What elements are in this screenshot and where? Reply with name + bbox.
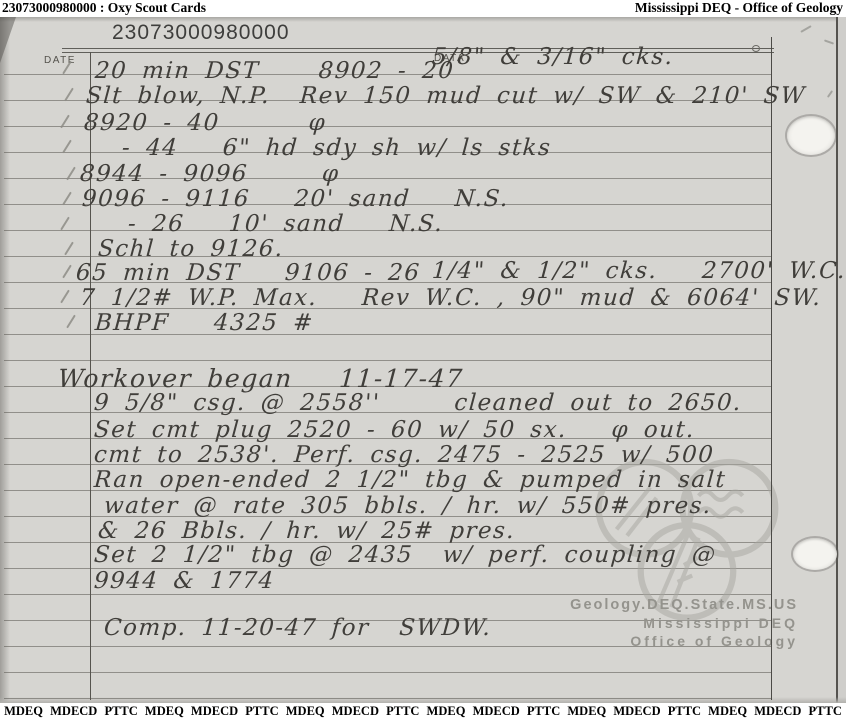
handwritten-entry: Slt blow, N.P. Rev 150 mud cut w/ SW & 2… bbox=[85, 83, 807, 109]
watermark-url: Geology.DEQ.State.MS.US bbox=[570, 597, 798, 613]
header-rule-ring bbox=[752, 45, 760, 52]
watermark-agency: Mississippi DEQ bbox=[570, 615, 798, 631]
handwritten-entry: 9944 & 1774 bbox=[93, 568, 275, 594]
well-number: 23073000980000 bbox=[112, 21, 290, 45]
handwritten-entry: Ran open-ended 2 1/2" tbg & pumped in sa… bbox=[93, 467, 727, 493]
document-title: 23073000980000 : Oxy Scout Cards bbox=[2, 0, 206, 16]
agency-title: Mississippi DEQ - Office of Geology bbox=[635, 0, 843, 16]
scout-card-scan: Geology.DEQ.State.MS.US Mississippi DEQ … bbox=[0, 17, 846, 703]
handwritten-entry: 20 min DST 8902 - 20 bbox=[94, 58, 455, 84]
handwritten-entry: 7 1/2# W.P. Max. Rev W.C. , 90" mud & 60… bbox=[79, 285, 822, 311]
handwritten-entry: Set 2 1/2" tbg @ 2435 w/ perf. coupling … bbox=[93, 542, 717, 568]
title-bar: 23073000980000 : Oxy Scout Cards Mississ… bbox=[0, 0, 846, 17]
scan-margin-right bbox=[838, 17, 846, 703]
watermark-text: Geology.DEQ.State.MS.US Mississippi DEQ … bbox=[570, 597, 798, 649]
handwritten-entry: 9 5/8" csg. @ 2558'' cleaned out to 2650… bbox=[93, 390, 743, 416]
handwritten-entry: Schl to 9126. bbox=[97, 236, 285, 262]
hole-punch bbox=[793, 538, 837, 570]
handwritten-entry: Workover began 11-17-47 bbox=[57, 364, 465, 393]
right-margin-rule bbox=[771, 37, 772, 700]
scanned-document-viewer: 23073000980000 : Oxy Scout Cards Mississ… bbox=[0, 0, 846, 723]
scan-artifact bbox=[824, 39, 834, 44]
handwritten-entry: 65 min DST 9106 - 26 bbox=[75, 260, 421, 286]
handwritten-entry: Set cmt plug 2520 - 60 w/ 50 sx. φ out. bbox=[93, 417, 696, 443]
footer-banner: MDEQ MDECD PTTC MDEQ MDECD PTTC MDEQ MDE… bbox=[0, 704, 846, 719]
handwritten-entry: BHPF 4325 # bbox=[94, 310, 315, 336]
handwritten-entry: 5/8" & 3/16" cks. bbox=[431, 44, 674, 70]
handwritten-entry: 1/4" & 1/2" cks. 2700' W.C. bbox=[431, 258, 846, 284]
handwritten-entry: 9096 - 9116 20' sand N.S. bbox=[81, 186, 510, 212]
footer-bar: MDEQ MDECD PTTC MDEQ MDECD PTTC MDEQ MDE… bbox=[0, 703, 846, 723]
hole-punch bbox=[787, 116, 835, 155]
handwritten-entry: - 44 6" hd sdy sh w/ ls stks bbox=[121, 135, 552, 161]
watermark-office: Office of Geology bbox=[570, 633, 798, 649]
handwritten-entry: water @ rate 305 bbls. / hr. w/ 550# pre… bbox=[103, 493, 713, 519]
handwritten-entry: & 26 Bbls. / hr. w/ 25# pres. bbox=[97, 518, 516, 544]
handwritten-entry: 8944 - 9096 φ bbox=[79, 161, 340, 187]
scan-artifact bbox=[827, 90, 833, 98]
scan-artifact bbox=[800, 25, 811, 33]
handwritten-entry: Comp. 11-20-47 for SWDW. bbox=[103, 615, 492, 641]
handwritten-entry: - 26 10' sand N.S. bbox=[127, 211, 444, 237]
handwritten-entry: 8920 - 40 φ bbox=[83, 110, 327, 136]
handwritten-entry: cmt to 2538'. Perf. csg. 2475 - 2525 w/ … bbox=[93, 442, 715, 468]
